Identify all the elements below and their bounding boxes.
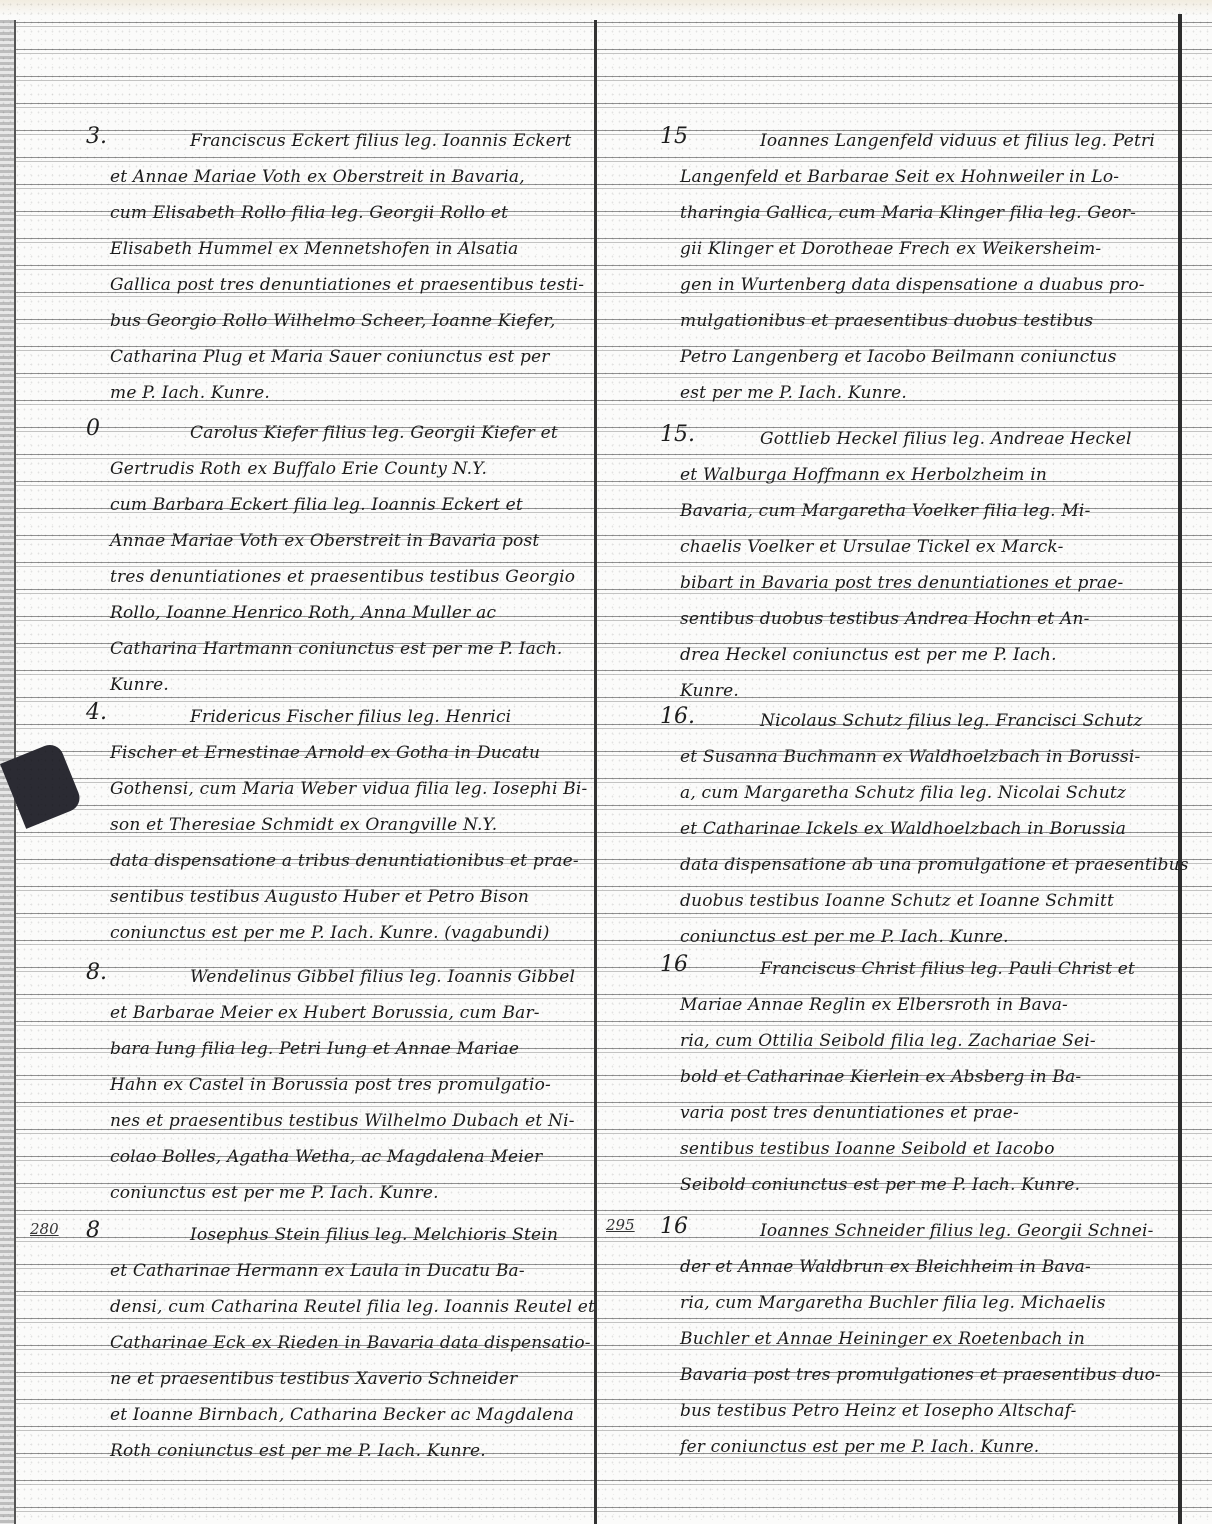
entry-text: Fridericus Fischer filius leg. Henrici F… [110, 700, 530, 952]
entry-line: Ioannes Langenfeld viduus et filius leg.… [680, 124, 1160, 160]
scan-top-edge [0, 0, 1212, 16]
entry-line: et Annae Mariae Voth ex Oberstreit in Ba… [110, 160, 530, 196]
entry-line: sentibus testibus Ioanne Seibold et Iaco… [680, 1132, 1160, 1168]
entry-line: Gertrudis Roth ex Buffalo Erie County N.… [110, 452, 530, 488]
entry-text: Iosephus Stein filius leg. Melchioris St… [110, 1218, 530, 1470]
entry-line: cum Elisabeth Rollo filia leg. Georgii R… [110, 196, 530, 232]
entry-line: Hahn ex Castel in Borussia post tres pro… [110, 1068, 530, 1104]
entry-text: Ioannes Schneider filius leg. Georgii Sc… [680, 1214, 1160, 1466]
entry-line: der et Annae Waldbrun ex Bleichheim in B… [680, 1250, 1160, 1286]
entry-line: bara Iung filia leg. Petri Iung et Annae… [110, 1032, 530, 1068]
entry-line: mulgationibus et praesentibus duobus tes… [680, 304, 1160, 340]
entry-line: data dispensatione ab una promulgatione … [680, 848, 1160, 884]
entry-line: varia post tres denuntiationes et prae- [680, 1096, 1160, 1132]
entry-line: Gothensi, cum Maria Weber vidua filia le… [110, 772, 530, 808]
entry-line: et Catharinae Ickels ex Waldhoelzbach in… [680, 812, 1160, 848]
entry-text: Ioannes Langenfeld viduus et filius leg.… [680, 124, 1160, 412]
entry-line: duobus testibus Ioanne Schutz et Ioanne … [680, 884, 1160, 920]
entry-line: Catharinae Eck ex Rieden in Bavaria data… [110, 1326, 530, 1362]
entry-line: Bavaria post tres promulgationes et prae… [680, 1358, 1160, 1394]
entry-line: Langenfeld et Barbarae Seit ex Hohnweile… [680, 160, 1160, 196]
entry-line: Fischer et Ernestinae Arnold ex Gotha in… [110, 736, 530, 772]
entry-line: bibart in Bavaria post tres denuntiation… [680, 566, 1160, 602]
entry-line: bus testibus Petro Heinz et Iosepho Alts… [680, 1394, 1160, 1430]
entry-line: me P. Iach. Kunre. [110, 376, 530, 412]
entry-text: Carolus Kiefer filius leg. Georgii Kiefe… [110, 416, 530, 704]
entry-line: sentibus duobus testibus Andrea Hochn et… [680, 602, 1160, 638]
entry-text: Nicolaus Schutz filius leg. Francisci Sc… [680, 704, 1160, 956]
entry-line: Catharina Hartmann coniunctus est per me… [110, 632, 530, 668]
entry-line: Elisabeth Hummel ex Mennetshofen in Alsa… [110, 232, 530, 268]
entry-line: Gottlieb Heckel filius leg. Andreae Heck… [680, 422, 1160, 458]
entry-line: son et Theresiae Schmidt ex Orangville N… [110, 808, 530, 844]
entry-line: tres denuntiationes et praesentibus test… [110, 560, 530, 596]
entry-line: et Barbarae Meier ex Hubert Borussia, cu… [110, 996, 530, 1032]
entry-line: Kunre. [110, 668, 530, 704]
entry-line: ne et praesentibus testibus Xaverio Schn… [110, 1362, 530, 1398]
entry-line: Bavaria, cum Margaretha Voelker filia le… [680, 494, 1160, 530]
entry-line: Ioannes Schneider filius leg. Georgii Sc… [680, 1214, 1160, 1250]
entry-text: Gottlieb Heckel filius leg. Andreae Heck… [680, 422, 1160, 710]
entry-line: Wendelinus Gibbel filius leg. Ioannis Gi… [110, 960, 530, 996]
entry-line: chaelis Voelker et Ursulae Tickel ex Mar… [680, 530, 1160, 566]
entry-line: Nicolaus Schutz filius leg. Francisci Sc… [680, 704, 1160, 740]
entry-line: drea Heckel coniunctus est per me P. Iac… [680, 638, 1160, 674]
entry-line: Petro Langenberg et Iacobo Beilmann coni… [680, 340, 1160, 376]
entry-line: Iosephus Stein filius leg. Melchioris St… [110, 1218, 530, 1254]
entry-line: sentibus testibus Augusto Huber et Petro… [110, 880, 530, 916]
page-right-border [1178, 14, 1182, 1524]
margin-page-reference: 295 [606, 1216, 635, 1234]
entry-line: gen in Wurtenberg data dispensatione a d… [680, 268, 1160, 304]
entry-line: ria, cum Margaretha Buchler filia leg. M… [680, 1286, 1160, 1322]
entry-number: 0 [86, 416, 100, 441]
entry-number: 4. [86, 700, 107, 725]
entry-line: densi, cum Catharina Reutel filia leg. I… [110, 1290, 530, 1326]
entry-line: Annae Mariae Voth ex Oberstreit in Bavar… [110, 524, 530, 560]
entry-line: coniunctus est per me P. Iach. Kunre. [680, 920, 1160, 956]
entry-line: coniunctus est per me P. Iach. Kunre. [110, 1176, 530, 1212]
entry-text: Franciscus Eckert filius leg. Ioannis Ec… [110, 124, 530, 412]
entry-line: a, cum Margaretha Schutz filia leg. Nico… [680, 776, 1160, 812]
entry-line: est per me P. Iach. Kunre. [680, 376, 1160, 412]
entry-line: fer coniunctus est per me P. Iach. Kunre… [680, 1430, 1160, 1466]
entry-text: Wendelinus Gibbel filius leg. Ioannis Gi… [110, 960, 530, 1212]
entry-line: et Susanna Buchmann ex Waldhoelzbach in … [680, 740, 1160, 776]
entry-line: et Ioanne Birnbach, Catharina Becker ac … [110, 1398, 530, 1434]
entry-line: bold et Catharinae Kierlein ex Absberg i… [680, 1060, 1160, 1096]
entry-line: Catharina Plug et Maria Sauer coniunctus… [110, 340, 530, 376]
entry-line: Seibold coniunctus est per me P. Iach. K… [680, 1168, 1160, 1204]
entry-number: 8. [86, 960, 107, 985]
entry-line: et Catharinae Hermann ex Laula in Ducatu… [110, 1254, 530, 1290]
entry-text: Franciscus Christ filius leg. Pauli Chri… [680, 952, 1160, 1204]
entry-line: Gallica post tres denuntiationes et prae… [110, 268, 530, 304]
entry-line: colao Bolles, Agatha Wetha, ac Magdalena… [110, 1140, 530, 1176]
entry-line: bus Georgio Rollo Wilhelmo Scheer, Ioann… [110, 304, 530, 340]
entry-line: ria, cum Ottilia Seibold filia leg. Zach… [680, 1024, 1160, 1060]
entry-line: Buchler et Annae Heininger ex Roetenbach… [680, 1322, 1160, 1358]
entry-line: data dispensatione a tribus denuntiation… [110, 844, 530, 880]
entry-line: tharingia Gallica, cum Maria Klinger fil… [680, 196, 1160, 232]
entry-number: 3. [86, 124, 107, 149]
entry-number: 8 [86, 1218, 100, 1243]
entry-line: Mariae Annae Reglin ex Elbersroth in Bav… [680, 988, 1160, 1024]
entry-line: cum Barbara Eckert filia leg. Ioannis Ec… [110, 488, 530, 524]
register-page: 3. Franciscus Eckert filius leg. Ioannis… [0, 0, 1212, 1524]
entry-line: nes et praesentibus testibus Wilhelmo Du… [110, 1104, 530, 1140]
entry-line: Carolus Kiefer filius leg. Georgii Kiefe… [110, 416, 530, 452]
entry-line: Roth coniunctus est per me P. Iach. Kunr… [110, 1434, 530, 1470]
entry-line: Rollo, Ioanne Henrico Roth, Anna Muller … [110, 596, 530, 632]
margin-page-reference: 280 [30, 1220, 59, 1238]
entry-line: Fridericus Fischer filius leg. Henrici [110, 700, 530, 736]
entry-line: gii Klinger et Dorotheae Frech ex Weiker… [680, 232, 1160, 268]
entry-line: Franciscus Eckert filius leg. Ioannis Ec… [110, 124, 530, 160]
entry-line: et Walburga Hoffmann ex Herbolzheim in [680, 458, 1160, 494]
entry-line: Franciscus Christ filius leg. Pauli Chri… [680, 952, 1160, 988]
entry-line: coniunctus est per me P. Iach. Kunre. (v… [110, 916, 530, 952]
